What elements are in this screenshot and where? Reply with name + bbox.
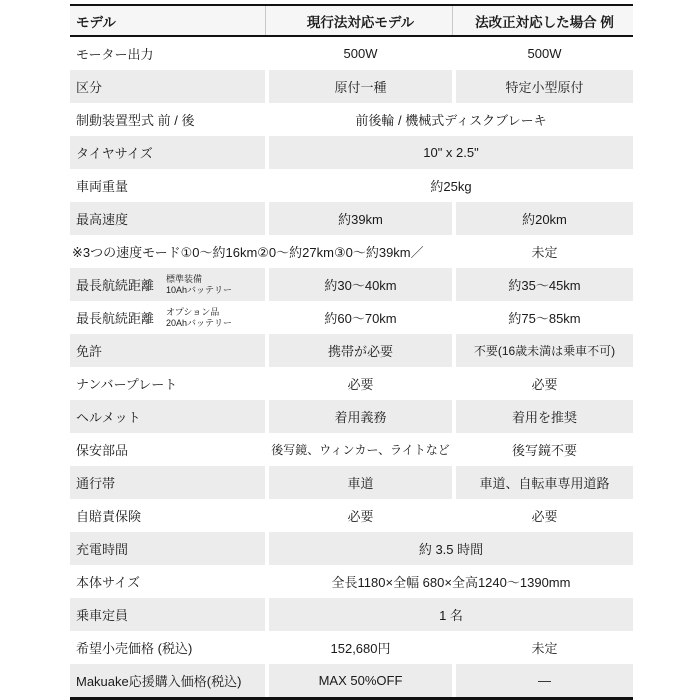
row-label: 充電時間 [70,532,265,565]
value-current: 約39km [269,202,452,235]
value-current: 152,680円 [269,631,452,664]
header-revised-model: 法改正対応した場合 例 [456,6,633,35]
value-revised: 500W [456,37,633,70]
row-note-label: ※3つの速度モード①0〜約16km②0〜約27km③0〜約39km／ [70,235,452,268]
table-row-charge-time: 充電時間 約 3.5 時間 [70,532,633,565]
value-revised: 約35〜45km [456,268,633,301]
table-row-range-standard: 最長航続距離 標準装備 10Ahバッテリー 約30〜40km 約35〜45km [70,268,633,301]
row-label: ナンバープレート [70,367,265,400]
column-divider [265,6,269,35]
value-revised: 未定 [456,235,633,268]
row-label: 乗車定員 [70,598,265,631]
table-row-liability-insurance: 自賠責保険 必要 必要 [70,499,633,532]
table-row-body-size: 本体サイズ 全長1180×全幅 680×全高1240〜1390mm [70,565,633,598]
table-row-motor-output: モーター出力 500W 500W [70,37,633,70]
row-label: Makuake応援購入価格(税込) [70,664,265,697]
table-row-safety-parts: 保安部品 後写鏡、ウィンカー、ライトなど 後写鏡不要 [70,433,633,466]
value-current: 必要 [269,499,452,532]
value-span: 10" x 2.5" [269,136,633,169]
table-row-helmet: ヘルメット 着用義務 着用を推奨 [70,400,633,433]
row-sublabel: オプション品 20Ahバッテリー [166,307,232,328]
row-label: 希望小売価格 (税込) [70,631,265,664]
table-row-speed-modes-note: ※3つの速度モード①0〜約16km②0〜約27km③0〜約39km／ 未定 [70,235,633,268]
row-label: 通行帯 [70,466,265,499]
table-row-retail-price: 希望小売価格 (税込) 152,680円 未定 [70,631,633,664]
header-model: モデル [70,6,265,35]
header-current-model: 現行法対応モデル [269,6,452,35]
row-sublabel: 標準装備 10Ahバッテリー [166,274,232,295]
row-label: 制動装置型式 前 / 後 [70,103,265,136]
row-label: 最高速度 [70,202,265,235]
table-row-category: 区分 原付一種 特定小型原付 [70,70,633,103]
table-row-number-plate: ナンバープレート 必要 必要 [70,367,633,400]
value-span: 約25kg [269,169,633,202]
column-divider [452,6,456,35]
value-revised: 車道、自転車専用道路 [456,466,633,499]
value-span: 全長1180×全幅 680×全高1240〜1390mm [269,565,633,598]
table-row-traffic-lane: 通行帯 車道 車道、自転車専用道路 [70,466,633,499]
value-revised: 必要 [456,499,633,532]
value-current: 着用義務 [269,400,452,433]
value-revised: 特定小型原付 [456,70,633,103]
row-label: 免許 [70,334,265,367]
row-label: 最長航続距離 オプション品 20Ahバッテリー [70,301,265,334]
value-current: 携帯が必要 [269,334,452,367]
value-current: 車道 [269,466,452,499]
row-label: 区分 [70,70,265,103]
value-revised: 必要 [456,367,633,400]
row-label: 本体サイズ [70,565,265,598]
value-current: 約30〜40km [269,268,452,301]
value-current: 約60〜70km [269,301,452,334]
row-label: 車両重量 [70,169,265,202]
value-current: 500W [269,37,452,70]
value-current: 必要 [269,367,452,400]
row-label: 最長航続距離 標準装備 10Ahバッテリー [70,268,265,301]
value-current: 後写鏡、ウィンカー、ライトなど [269,433,452,466]
value-revised: 未定 [456,631,633,664]
value-revised: 不要(16歳未満は乗車不可) [456,334,633,367]
table-row-tire-size: タイヤサイズ 10" x 2.5" [70,136,633,169]
value-revised: 約20km [456,202,633,235]
row-label: 自賠責保険 [70,499,265,532]
value-current: MAX 50%OFF [269,664,452,697]
row-label: 保安部品 [70,433,265,466]
table-row-capacity: 乗車定員 1 名 [70,598,633,631]
value-revised: 着用を推奨 [456,400,633,433]
table-header-row: モデル 現行法対応モデル 法改正対応した場合 例 [70,6,633,35]
value-span: 前後輪 / 機械式ディスクブレーキ [269,103,633,136]
value-revised: 約75〜85km [456,301,633,334]
table-row-brake-type: 制動装置型式 前 / 後 前後輪 / 機械式ディスクブレーキ [70,103,633,136]
value-current: 原付一種 [269,70,452,103]
row-label: ヘルメット [70,400,265,433]
value-span: 約 3.5 時間 [269,532,633,565]
table-row-range-option: 最長航続距離 オプション品 20Ahバッテリー 約60〜70km 約75〜85k… [70,301,633,334]
row-label: モーター出力 [70,37,265,70]
table-row-max-speed: 最高速度 約39km 約20km [70,202,633,235]
table-row-license: 免許 携帯が必要 不要(16歳未満は乗車不可) [70,334,633,367]
value-span: 1 名 [269,598,633,631]
table-row-vehicle-weight: 車両重量 約25kg [70,169,633,202]
spec-table: モデル 現行法対応モデル 法改正対応した場合 例 モーター出力 500W 500… [70,4,633,700]
value-revised: 後写鏡不要 [456,433,633,466]
value-revised: — [456,664,633,697]
table-row-makuake-price: Makuake応援購入価格(税込) MAX 50%OFF — [70,664,633,697]
row-label: タイヤサイズ [70,136,265,169]
